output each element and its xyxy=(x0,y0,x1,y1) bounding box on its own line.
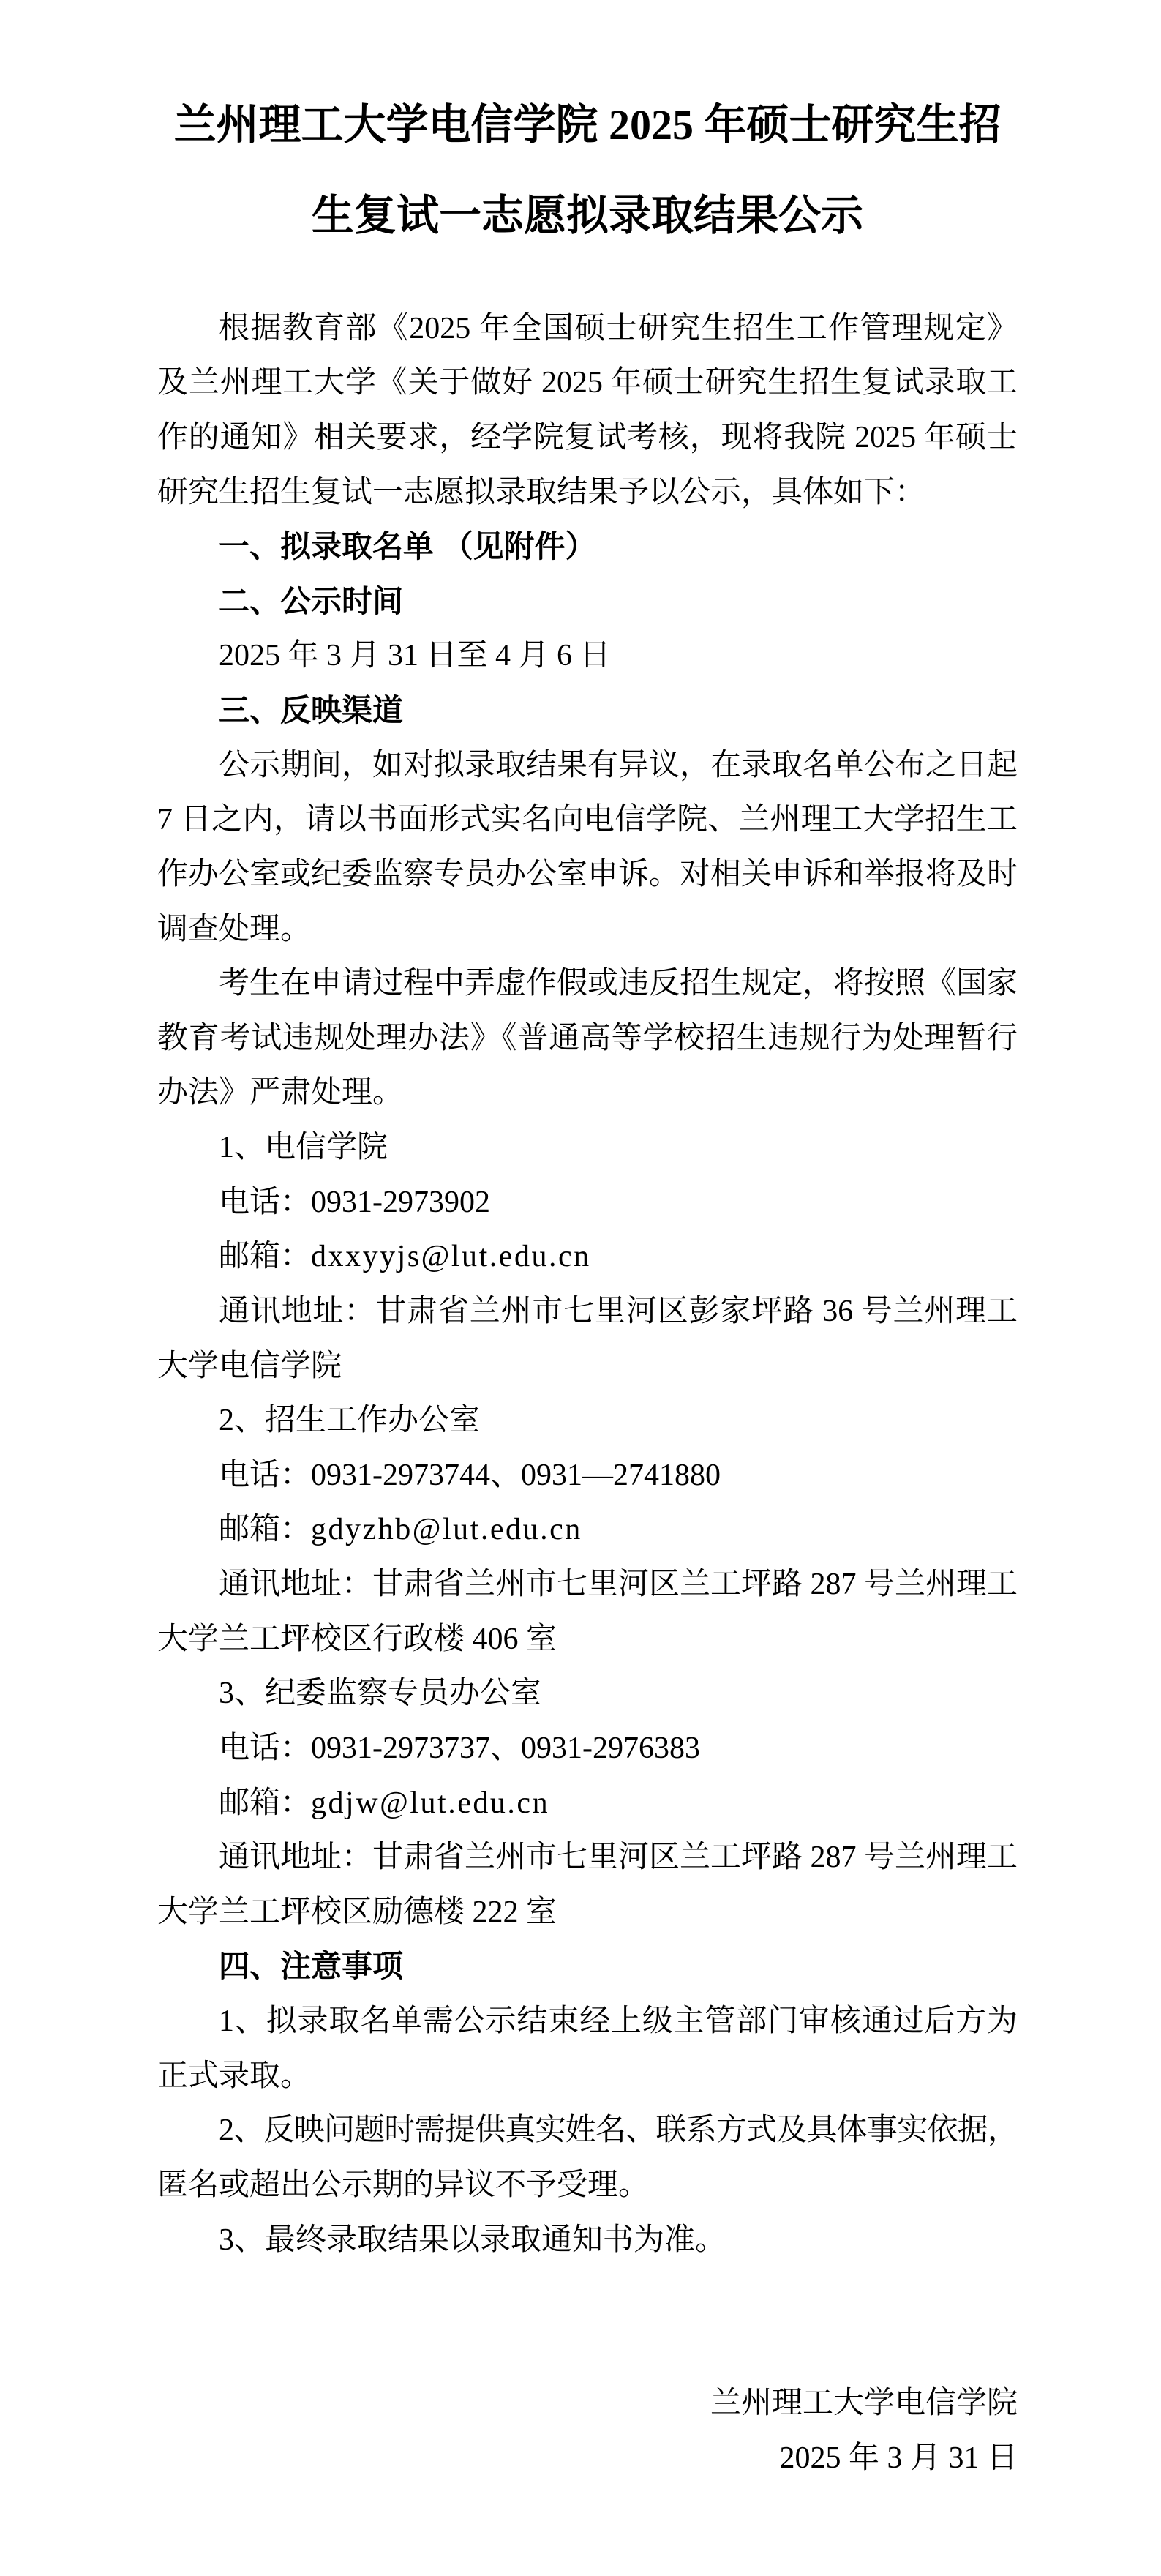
contact-address-continued: 大学兰工坪校区行政楼 406 室 xyxy=(157,1612,1018,1667)
section-heading-notes: 四、注意事项 xyxy=(157,1939,1018,1994)
spacer xyxy=(157,2267,1018,2376)
phone-value: 0931-2973737、0931-2976383 xyxy=(311,1731,700,1765)
note-item: 1、拟录取名单需公示结束经上级主管部门审核通过后方为 正式录取。 xyxy=(157,1994,1018,2103)
contact-address: 通讯地址：甘肃省兰州市七里河区兰工坪路 287 号兰州理工 xyxy=(157,1830,1018,1885)
text-line: 公示期间，如对拟录取结果有异议，在录取名单公布之日起 xyxy=(157,738,1018,793)
contact-phone: 电话：0931-2973737、0931-2976383 xyxy=(157,1721,1018,1776)
contact-email: 邮箱：gdjw@lut.edu.cn xyxy=(157,1776,1018,1831)
contact-name: 1、电信学院 xyxy=(157,1120,1018,1175)
contact-address-continued: 大学兰工坪校区励德楼 222 室 xyxy=(157,1885,1018,1940)
address-label: 通讯地址： xyxy=(219,1568,372,1601)
text-line: 7 日之内，请以书面形式实名向电信学院、兰州理工大学招生工 xyxy=(157,793,1018,847)
contact-address: 通讯地址：甘肃省兰州市七里河区彭家坪路 36 号兰州理工 xyxy=(157,1284,1018,1339)
address-label: 通讯地址： xyxy=(219,1841,372,1874)
phone-label: 电话： xyxy=(219,1186,311,1219)
signature-date: 2025 年 3 月 31 日 xyxy=(157,2431,1018,2486)
document-body: 根据教育部《2025 年全国硕士研究生招生工作管理规定》 及兰州理工大学《关于做… xyxy=(157,302,1018,2486)
email-value: dxxyyjs@lut.edu.cn xyxy=(311,1240,591,1273)
email-value: gdjw@lut.edu.cn xyxy=(311,1786,549,1820)
contact-email: 邮箱：dxxyyjs@lut.edu.cn xyxy=(157,1229,1018,1284)
feedback-paragraph: 公示期间，如对拟录取结果有异议，在录取名单公布之日起 7 日之内，请以书面形式实… xyxy=(157,738,1018,957)
text-line: 作的通知》相关要求，经学院复试考核，现将我院 2025 年硕士 xyxy=(157,411,1018,465)
document-title: 兰州理工大学电信学院 2025 年硕士研究生招 生复试一志愿拟录取结果公示 xyxy=(157,0,1018,261)
text-line: 匿名或超出公示期的异议不予受理。 xyxy=(157,2158,1018,2213)
contact-address: 通讯地址：甘肃省兰州市七里河区兰工坪路 287 号兰州理工 xyxy=(157,1557,1018,1612)
text-line: 根据教育部《2025 年全国硕士研究生招生工作管理规定》 xyxy=(157,302,1018,356)
phone-label: 电话： xyxy=(219,1459,311,1492)
contact-name: 2、招生工作办公室 xyxy=(157,1393,1018,1448)
note-item: 2、反映问题时需提供真实姓名、联系方式及具体事实依据， 匿名或超出公示期的异议不… xyxy=(157,2103,1018,2212)
email-label: 邮箱： xyxy=(219,1240,311,1273)
text-line: 办法》严肃处理。 xyxy=(157,1066,1018,1120)
text-line: 考生在申请过程中弄虚作假或违反招生规定，将按照《国家 xyxy=(157,956,1018,1011)
contact-phone: 电话：0931-2973744、0931—2741880 xyxy=(157,1448,1018,1503)
contact-address-continued: 大学电信学院 xyxy=(157,1339,1018,1394)
contact-block: 2、招生工作办公室 电话：0931-2973744、0931—2741880 邮… xyxy=(157,1393,1018,1666)
intro-paragraph: 根据教育部《2025 年全国硕士研究生招生工作管理规定》 及兰州理工大学《关于做… xyxy=(157,302,1018,520)
section-heading-admission-list: 一、拟录取名单 （见附件） xyxy=(157,520,1018,574)
contact-email: 邮箱：gdyzhb@lut.edu.cn xyxy=(157,1502,1018,1557)
address-value: 甘肃省兰州市七里河区兰工坪路 287 号兰州理工 xyxy=(372,1841,1018,1874)
note-item: 3、最终录取结果以录取通知书为准。 xyxy=(157,2213,1018,2268)
address-label: 通讯地址： xyxy=(219,1295,375,1328)
address-value: 甘肃省兰州市七里河区兰工坪路 287 号兰州理工 xyxy=(372,1568,1018,1601)
text-line: 1、拟录取名单需公示结束经上级主管部门审核通过后方为 xyxy=(157,1994,1018,2049)
section-heading-feedback-channels: 三、反映渠道 xyxy=(157,684,1018,738)
email-label: 邮箱： xyxy=(219,1513,311,1546)
text-line: 调查处理。 xyxy=(157,902,1018,957)
text-line: 研究生招生复试一志愿拟录取结果予以公示，具体如下： xyxy=(157,465,1018,520)
document-page: 兰州理工大学电信学院 2025 年硕士研究生招 生复试一志愿拟录取结果公示 根据… xyxy=(157,0,1018,2486)
address-value: 甘肃省兰州市七里河区彭家坪路 36 号兰州理工 xyxy=(375,1295,1018,1328)
text-line: 3、最终录取结果以录取通知书为准。 xyxy=(157,2213,1018,2268)
publicity-period-dates: 2025 年 3 月 31 日至 4 月 6 日 xyxy=(157,629,1018,684)
text-line: 正式录取。 xyxy=(157,2049,1018,2104)
text-line: 作办公室或纪委监察专员办公室申诉。对相关申诉和举报将及时 xyxy=(157,847,1018,902)
phone-label: 电话： xyxy=(219,1731,311,1765)
email-value: gdyzhb@lut.edu.cn xyxy=(311,1513,582,1546)
signature-organization: 兰州理工大学电信学院 xyxy=(157,2376,1018,2431)
title-line-1: 兰州理工大学电信学院 2025 年硕士研究生招 xyxy=(157,80,1018,171)
contact-phone: 电话：0931-2973902 xyxy=(157,1175,1018,1230)
phone-value: 0931-2973902 xyxy=(311,1186,490,1219)
text-line: 2、反映问题时需提供真实姓名、联系方式及具体事实依据， xyxy=(157,2103,1018,2158)
email-label: 邮箱： xyxy=(219,1786,311,1820)
title-line-2: 生复试一志愿拟录取结果公示 xyxy=(157,171,1018,261)
text-line: 教育考试违规处理办法》《普通高等学校招生违规行为处理暂行 xyxy=(157,1011,1018,1066)
section-heading-publicity-period: 二、公示时间 xyxy=(157,574,1018,629)
contact-block: 1、电信学院 电话：0931-2973902 邮箱：dxxyyjs@lut.ed… xyxy=(157,1120,1018,1393)
text-line: 及兰州理工大学《关于做好 2025 年硕士研究生招生复试录取工 xyxy=(157,356,1018,411)
signature-block: 兰州理工大学电信学院 2025 年 3 月 31 日 xyxy=(157,2376,1018,2485)
phone-value: 0931-2973744、0931—2741880 xyxy=(311,1459,721,1492)
misconduct-paragraph: 考生在申请过程中弄虚作假或违反招生规定，将按照《国家 教育考试违规处理办法》《普… xyxy=(157,956,1018,1120)
contact-name: 3、纪委监察专员办公室 xyxy=(157,1666,1018,1721)
contact-block: 3、纪委监察专员办公室 电话：0931-2973737、0931-2976383… xyxy=(157,1666,1018,1939)
